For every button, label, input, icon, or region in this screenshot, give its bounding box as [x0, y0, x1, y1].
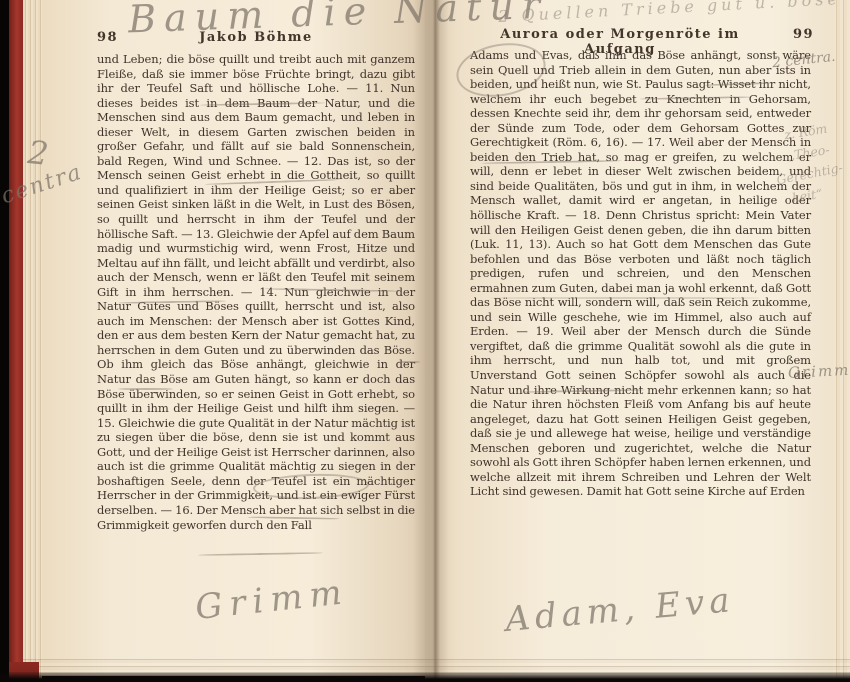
handwritten-margin-grimme: Grimme: [788, 360, 850, 382]
pencil-underline: [118, 388, 173, 390]
book-cover-edge: [9, 0, 23, 682]
pencil-dash: [398, 361, 420, 363]
page-edges-left: [23, 0, 42, 682]
page-number-right: 99: [793, 27, 814, 42]
page-text-right: Adams und Evas, daß ihm das Böse anhängt…: [470, 48, 811, 499]
page-text-left: und Leben; die böse quillt und treibt au…: [97, 52, 415, 532]
page-edges-right: [833, 0, 850, 682]
pencil-underline: [490, 297, 760, 299]
book-photo: 98 Jakob Böhme und Leben; die böse quill…: [0, 0, 850, 682]
book-gutter-shadow: [413, 0, 449, 680]
photo-bottom-shadow: [0, 672, 850, 682]
handwritten-margin-number-left: 2: [26, 133, 50, 173]
